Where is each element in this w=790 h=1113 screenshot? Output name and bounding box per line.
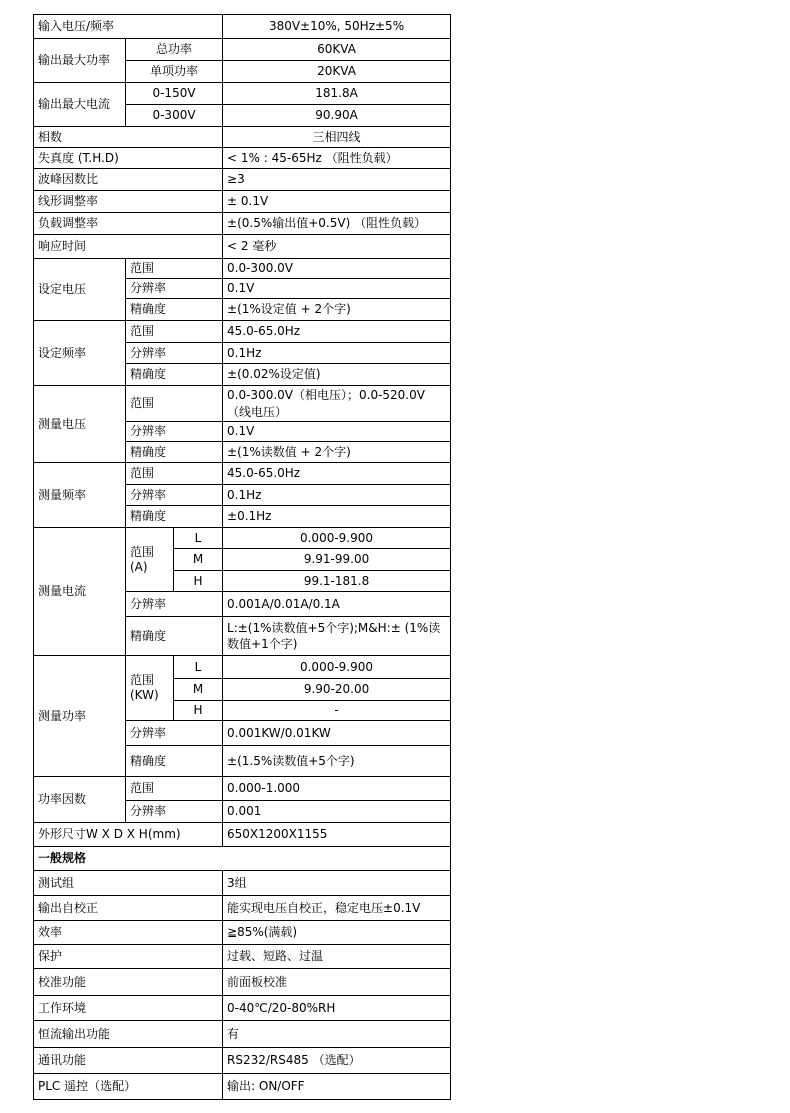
spec-label: 测量功率 (34, 656, 126, 777)
table-row: PLC 遥控（选配）输出: ON/OFF (34, 1074, 451, 1100)
spec-label: 功率因数 (34, 777, 126, 823)
spec-label: 相数 (34, 127, 223, 148)
spec-sublabel: 分辨率 (126, 422, 223, 442)
spec-sublabel: 总功率 (126, 39, 223, 61)
spec-sublabel: 0-300V (126, 105, 223, 127)
spec-label: 工作环境 (34, 996, 223, 1021)
spec-sublabel: 精确度 (126, 442, 223, 463)
spec-label: 保护 (34, 945, 223, 969)
spec-value: 181.8A (223, 83, 451, 105)
spec-value: 45.0-65.0Hz (223, 321, 451, 343)
spec-label: 测量电流 (34, 528, 126, 656)
spec-value: 三相四线 (223, 127, 451, 148)
table-row: 校准功能前面板校准 (34, 969, 451, 996)
spec-sublabel: 范围 (KW) (126, 656, 174, 721)
spec-value: ±(1.5%读数值+5个字) (223, 746, 451, 777)
spec-label: 效率 (34, 921, 223, 945)
table-row: 响应时间< 2 毫秒 (34, 235, 451, 259)
table-row: 保护过载、短路、过温 (34, 945, 451, 969)
spec-value: 99.1-181.8 (223, 571, 451, 592)
range-tier: L (174, 528, 223, 549)
spec-value: 0.1V (223, 279, 451, 299)
spec-label: 校准功能 (34, 969, 223, 996)
spec-sublabel: 分辨率 (126, 801, 223, 823)
spec-sublabel: 分辨率 (126, 343, 223, 364)
spec-value: - (223, 701, 451, 721)
table-row: 工作环境0-40℃/20-80%RH (34, 996, 451, 1021)
spec-value: ±0.1Hz (223, 506, 451, 528)
spec-value: RS232/RS485 （选配） (223, 1048, 451, 1074)
table-row: 负载调整率±(0.5%输出值+0.5V) （阻性负载） (34, 213, 451, 235)
page-canvas: 输入电压/频率380V±10%, 50Hz±5%输出最大功率总功率60KVA单项… (0, 0, 790, 1113)
spec-label: 输出自校正 (34, 896, 223, 921)
spec-label: 失真度 (T.H.D) (34, 148, 223, 169)
spec-label: 测量电压 (34, 386, 126, 463)
spec-value: 650X1200X1155 (223, 823, 451, 847)
table-row: 效率≧85%(满载) (34, 921, 451, 945)
spec-value: 有 (223, 1021, 451, 1048)
table-row: 输出自校正能实现电压自校正，稳定电压±0.1V (34, 896, 451, 921)
table-row: 线形调整率± 0.1V (34, 191, 451, 213)
spec-label: 恒流输出功能 (34, 1021, 223, 1048)
spec-label: 响应时间 (34, 235, 223, 259)
range-tier: M (174, 679, 223, 701)
spec-value: 60KVA (223, 39, 451, 61)
spec-sublabel: 精确度 (126, 617, 223, 656)
spec-label: 测试组 (34, 871, 223, 896)
spec-sublabel: 范围 (A) (126, 528, 174, 592)
spec-label: 线形调整率 (34, 191, 223, 213)
spec-sublabel: 范围 (126, 463, 223, 485)
table-row: 测量频率范围45.0-65.0Hz (34, 463, 451, 485)
spec-value: 0.1Hz (223, 343, 451, 364)
range-tier: M (174, 549, 223, 571)
spec-value: ±(1%读数值 + 2个字) (223, 442, 451, 463)
spec-label: 通讯功能 (34, 1048, 223, 1074)
spec-value: 9.91-99.00 (223, 549, 451, 571)
spec-value: 0.1Hz (223, 485, 451, 506)
spec-sublabel: 0-150V (126, 83, 223, 105)
spec-sublabel: 分辨率 (126, 721, 223, 746)
section-header: 一般规格 (34, 847, 451, 871)
table-row: 一般规格 (34, 847, 451, 871)
spec-value: 0.001KW/0.01KW (223, 721, 451, 746)
spec-label: 输出最大功率 (34, 39, 126, 83)
table-row: 测量功率范围 (KW)L0.000-9.900 (34, 656, 451, 679)
spec-label: 设定频率 (34, 321, 126, 386)
spec-table-body: 输入电压/频率380V±10%, 50Hz±5%输出最大功率总功率60KVA单项… (34, 15, 451, 1100)
spec-value: 0.000-9.900 (223, 656, 451, 679)
spec-value: < 1% : 45-65Hz （阻性负载） (223, 148, 451, 169)
spec-value: 0.001A/0.01A/0.1A (223, 592, 451, 617)
table-row: 测量电流范围 (A)L0.000-9.900 (34, 528, 451, 549)
spec-sublabel: 精确度 (126, 746, 223, 777)
spec-sublabel: 分辨率 (126, 592, 223, 617)
range-tier: H (174, 571, 223, 592)
power-supply-spec-table: 输入电压/频率380V±10%, 50Hz±5%输出最大功率总功率60KVA单项… (33, 14, 451, 1100)
spec-value: ±(0.5%输出值+0.5V) （阻性负载） (223, 213, 451, 235)
spec-value: ≥3 (223, 169, 451, 191)
table-row: 相数三相四线 (34, 127, 451, 148)
range-tier: L (174, 656, 223, 679)
range-tier: H (174, 701, 223, 721)
spec-value: 90.90A (223, 105, 451, 127)
spec-sublabel: 单项功率 (126, 61, 223, 83)
spec-sublabel: 范围 (126, 386, 223, 422)
spec-label: 波峰因数比 (34, 169, 223, 191)
spec-value: 45.0-65.0Hz (223, 463, 451, 485)
table-row: 输出最大电流0-150V181.8A (34, 83, 451, 105)
table-row: 波峰因数比≥3 (34, 169, 451, 191)
spec-value: 3组 (223, 871, 451, 896)
spec-value: 能实现电压自校正，稳定电压±0.1V (223, 896, 451, 921)
spec-value: 380V±10%, 50Hz±5% (223, 15, 451, 39)
spec-value: 过载、短路、过温 (223, 945, 451, 969)
spec-value: 0.000-9.900 (223, 528, 451, 549)
spec-value: < 2 毫秒 (223, 235, 451, 259)
spec-value: 20KVA (223, 61, 451, 83)
spec-sublabel: 分辨率 (126, 485, 223, 506)
spec-sublabel: 范围 (126, 259, 223, 279)
spec-label: 设定电压 (34, 259, 126, 321)
spec-value: ±(0.02%设定值) (223, 364, 451, 386)
table-row: 测试组3组 (34, 871, 451, 896)
spec-sublabel: 精确度 (126, 506, 223, 528)
spec-value: 0.001 (223, 801, 451, 823)
table-row: 外形尺寸W X D X H(mm)650X1200X1155 (34, 823, 451, 847)
spec-value: 0.1V (223, 422, 451, 442)
spec-value: 输出: ON/OFF (223, 1074, 451, 1100)
spec-sublabel: 范围 (126, 777, 223, 801)
spec-value: L:±(1%读数值+5个字);M&H:± (1%读数值+1个字) (223, 617, 451, 656)
spec-label: 负载调整率 (34, 213, 223, 235)
spec-value: 0.0-300.0V (223, 259, 451, 279)
table-row: 通讯功能RS232/RS485 （选配） (34, 1048, 451, 1074)
table-row: 恒流输出功能有 (34, 1021, 451, 1048)
table-row: 设定电压范围0.0-300.0V (34, 259, 451, 279)
spec-label: 输出最大电流 (34, 83, 126, 127)
table-row: 测量电压范围0.0-300.0V（相电压）；0.0-520.0V（线电压） (34, 386, 451, 422)
spec-value: 前面板校准 (223, 969, 451, 996)
table-row: 设定频率范围45.0-65.0Hz (34, 321, 451, 343)
table-row: 输出最大功率总功率60KVA (34, 39, 451, 61)
spec-label: 外形尺寸W X D X H(mm) (34, 823, 223, 847)
table-row: 输入电压/频率380V±10%, 50Hz±5% (34, 15, 451, 39)
spec-value: ± 0.1V (223, 191, 451, 213)
spec-sublabel: 分辨率 (126, 279, 223, 299)
spec-label: 测量频率 (34, 463, 126, 528)
spec-value: 9.90-20.00 (223, 679, 451, 701)
table-row: 功率因数范围0.000-1.000 (34, 777, 451, 801)
spec-value: ≧85%(满载) (223, 921, 451, 945)
spec-value: 0.0-300.0V（相电压）；0.0-520.0V（线电压） (223, 386, 451, 422)
spec-sublabel: 精确度 (126, 299, 223, 321)
spec-value: ±(1%设定值 + 2个字) (223, 299, 451, 321)
spec-sublabel: 精确度 (126, 364, 223, 386)
table-row: 失真度 (T.H.D)< 1% : 45-65Hz （阻性负载） (34, 148, 451, 169)
spec-value: 0.000-1.000 (223, 777, 451, 801)
spec-label: 输入电压/频率 (34, 15, 223, 39)
spec-sublabel: 范围 (126, 321, 223, 343)
spec-value: 0-40℃/20-80%RH (223, 996, 451, 1021)
spec-label: PLC 遥控（选配） (34, 1074, 223, 1100)
